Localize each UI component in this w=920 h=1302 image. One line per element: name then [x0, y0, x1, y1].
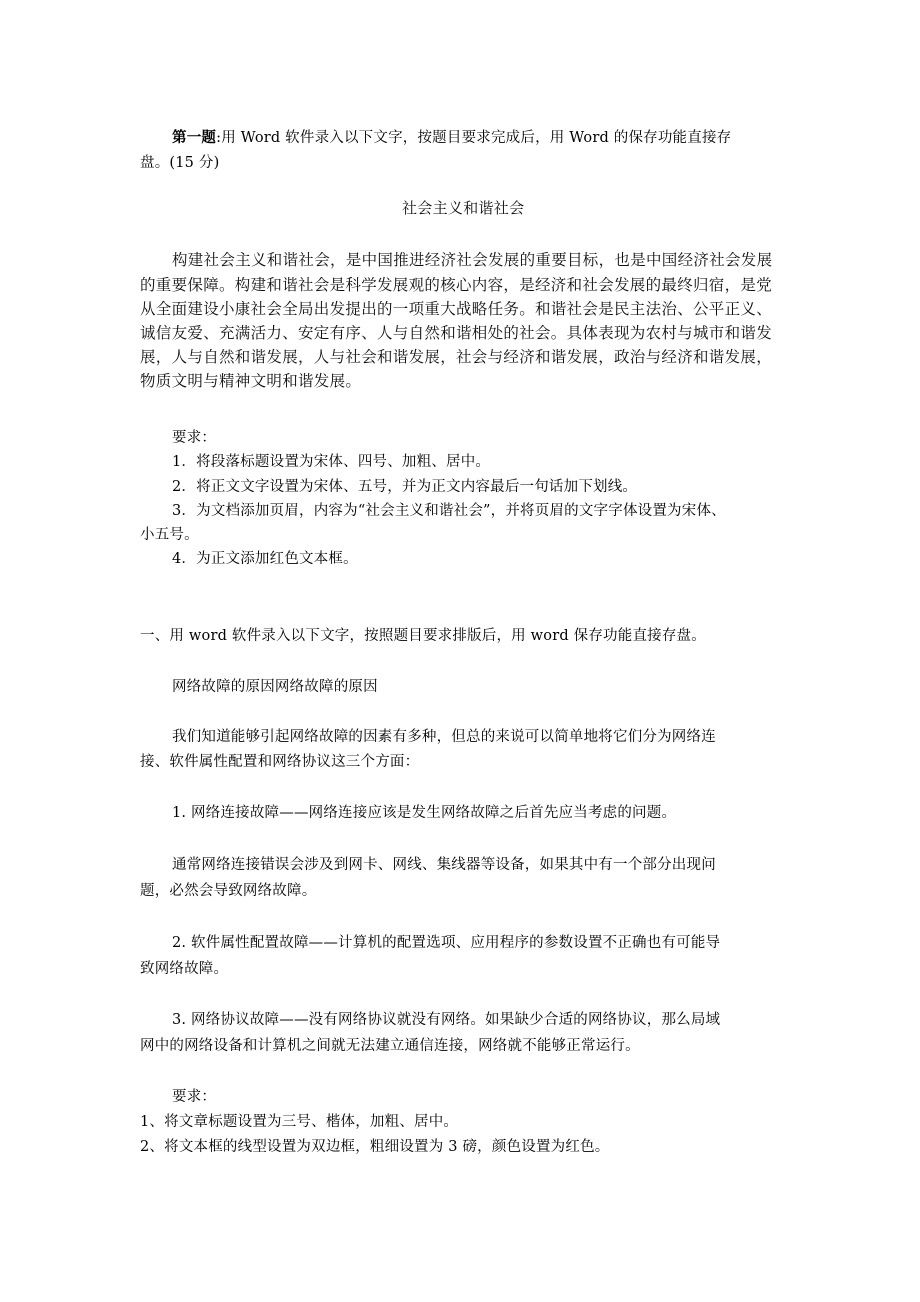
q2-requirement: 2、将文本框的线型设置为双边框，粗细设置为 3 磅，颜色设置为红色。	[140, 1137, 609, 1157]
q1-requirement: 2．将正文文字设置为宋体、五号，并为正文内容最后一句话加下划线。	[172, 477, 637, 497]
q1-label: 第一题	[172, 129, 216, 146]
q2-item1: 1. 网络连接故障——网络连接应该是发生网络故障之后首先应当考虑的问题。	[172, 803, 676, 823]
q1-requirement: 3．为文档添加页眉，内容为“社会主义和谐社会”，并将页眉的文字字体设置为宋体、	[172, 501, 726, 521]
q1-requirements-label: 要求：	[172, 428, 216, 448]
q2-title: 网络故障的原因网络故障的原因	[172, 677, 378, 697]
q1-intro-line2: 盘。(15 分)	[140, 153, 219, 173]
q2-para2-line2: 题，必然会导致网络故障。	[140, 881, 316, 901]
q1-intro-text: :用 Word 软件录入以下文字，按题目要求完成后，用 Word 的保存功能直接…	[216, 130, 731, 146]
q1-body-line: 诚信友爱、充满活力、安定有序、人与自然和谐相处的社会。具体表现为农村与城市和谐发	[140, 322, 772, 344]
q2-requirement: 1、将文章标题设置为三号、楷体，加粗、居中。	[140, 1112, 458, 1132]
q2-para1-line1: 我们知道能够引起网络故障的因素有多种，但总的来说可以简单地将它们分为网络连	[172, 727, 716, 747]
q1-intro-line1: 第一题:用 Word 软件录入以下文字，按题目要求完成后，用 Word 的保存功…	[172, 128, 731, 148]
q1-body-line: 展，人与自然和谐发展，人与社会和谐发展，社会与经济和谐发展，政治与经济和谐发展，	[140, 346, 772, 368]
q2-para1-line2: 接、软件属性配置和网络协议这三个方面：	[140, 752, 419, 772]
q2-item2-line1: 2. 软件属性配置故障——计算机的配置选项、应用程序的参数设置不正确也有可能导	[172, 933, 720, 953]
q1-body-line: 物质文明与精神文明和谐发展。	[140, 370, 361, 392]
q1-body-line: 的重要保障。构建和谐社会是科学发展观的核心内容，是经济和社会发展的最终归宿，是党	[140, 274, 772, 296]
q1-body-line: 构建社会主义和谐社会，是中国推进经济社会发展的重要目标，也是中国经济社会发展	[172, 249, 772, 271]
q1-requirement: 小五号。	[140, 525, 199, 545]
q2-intro: 一、用 word 软件录入以下文字，按照题目要求排版后，用 word 保存功能直…	[140, 626, 706, 646]
q2-para2-line1: 通常网络连接错误会涉及到网卡、网线、集线器等设备，如果其中有一个部分出现问	[172, 855, 716, 875]
q2-requirements-label: 要求：	[172, 1087, 216, 1107]
q2-item3-line1: 3. 网络协议故障——没有网络协议就没有网络。如果缺少合适的网络协议，那么局域	[172, 1010, 720, 1030]
q1-title: 社会主义和谐社会	[402, 197, 524, 219]
q1-requirement: 4．为正文添加红色文本框。	[172, 549, 358, 569]
q2-item2-line2: 致网络故障。	[140, 959, 228, 979]
q1-body-line: 从全面建设小康社会全局出发提出的一项重大战略任务。和谐社会是民主法治、公平正义、	[140, 298, 772, 320]
q2-item3-line2: 网中的网络设备和计算机之间就无法建立通信连接，网络就不能够正常运行。	[140, 1036, 640, 1056]
q1-requirement: 1．将段落标题设置为宋体、四号、加粗、居中。	[172, 452, 490, 472]
